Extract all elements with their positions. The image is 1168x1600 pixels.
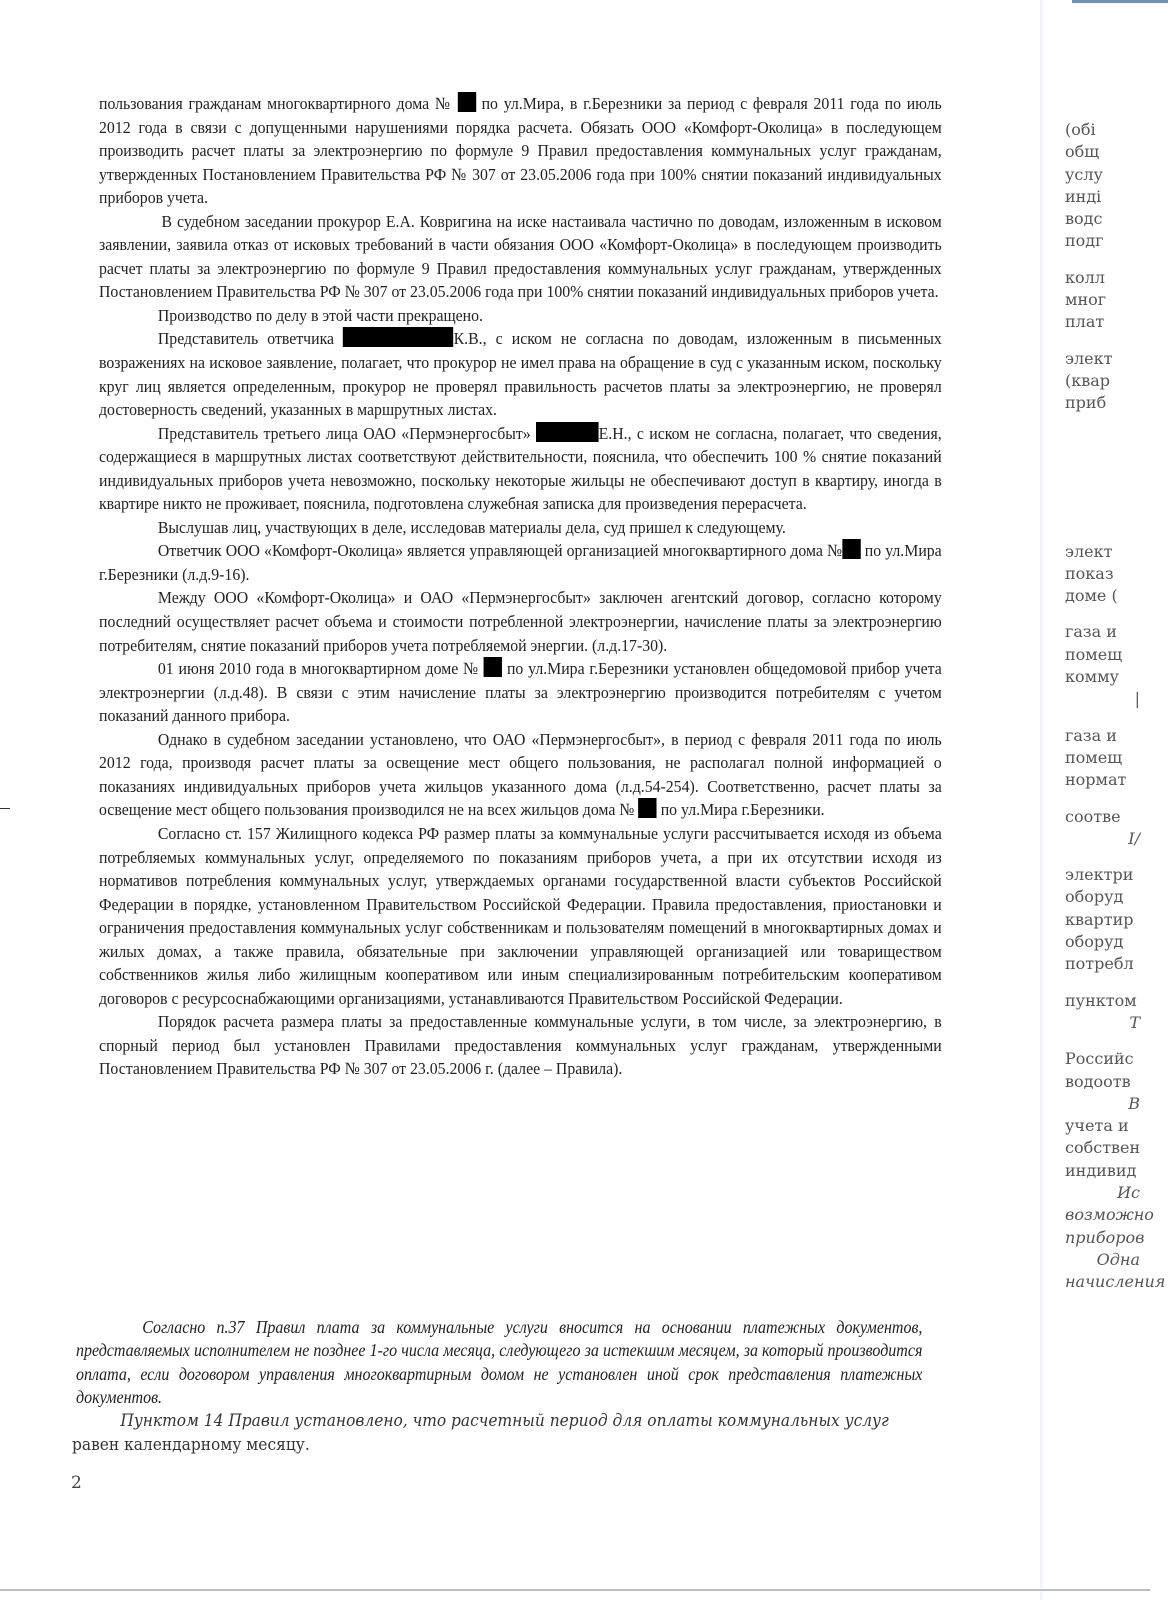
redaction-box xyxy=(638,798,656,818)
bleed-line: (квар xyxy=(1065,370,1168,392)
bleed-line: учета и xyxy=(1065,1115,1168,1137)
bleed-line xyxy=(1065,792,1168,806)
paragraph-7: Ответчик ООО «Комфорт-Околица» является … xyxy=(99,539,942,586)
bleed-line xyxy=(1065,443,1168,457)
scan-edge-bottom xyxy=(0,1589,1150,1591)
bleed-line: индивид xyxy=(1065,1160,1168,1182)
bleed-line: соотве xyxy=(1065,806,1168,828)
bleed-line xyxy=(1065,711,1168,725)
bleed-line: (обі xyxy=(1065,119,1168,141)
document-body: пользования гражданам многоквартирного д… xyxy=(99,92,942,1081)
redaction-box xyxy=(343,327,453,347)
bleed-line: показ xyxy=(1065,563,1168,585)
redaction-box xyxy=(842,539,860,559)
bleed-line: | xyxy=(1065,688,1168,710)
bleed-line: оборуд xyxy=(1065,931,1168,953)
bleed-line: электри xyxy=(1065,864,1168,886)
bleed-line: водоотв xyxy=(1065,1071,1168,1093)
bleed-line: подг xyxy=(1065,230,1168,252)
bleed-line: элект xyxy=(1065,348,1168,370)
bleed-line: оборуд xyxy=(1065,886,1168,908)
bleed-line: квартир xyxy=(1065,909,1168,931)
bleed-line: колл xyxy=(1065,267,1168,289)
bleed-line xyxy=(1065,253,1168,267)
bleed-line xyxy=(1065,499,1168,513)
paragraph-9: 01 июня 2010 года в многоквартирном доме… xyxy=(99,657,942,728)
bleed-line: плат xyxy=(1065,311,1168,333)
next-page-bleed-text: (обіобщуслуиндіводсподгколлмногплатэлект… xyxy=(1065,119,1168,1293)
bleed-line: помещ xyxy=(1065,644,1168,666)
bleed-line: общ xyxy=(1065,141,1168,163)
bleed-line xyxy=(1065,607,1168,621)
bleed-line xyxy=(1065,415,1168,429)
bleed-line xyxy=(1065,471,1168,485)
bleed-line: доме ( xyxy=(1065,585,1168,607)
paragraph-5: Представитель третьего лица ОАО «Пермэне… xyxy=(99,422,942,516)
last-paragraph: Пунктом 14 Правил установлено, что расче… xyxy=(72,1409,918,1457)
bleed-line: водс xyxy=(1065,208,1168,230)
redaction-box xyxy=(484,657,502,677)
bleed-line xyxy=(1065,850,1168,864)
next-page-edge xyxy=(1040,0,1044,1600)
bleed-line: I/ xyxy=(1065,828,1168,850)
paragraph-12: Порядок расчета размера платы за предост… xyxy=(99,1010,942,1081)
page-number: 2 xyxy=(71,1473,82,1493)
margin-mark xyxy=(0,808,10,809)
paragraph-3: Производство по делу в этой части прекра… xyxy=(99,304,942,328)
bleed-line: потребл xyxy=(1065,953,1168,975)
redaction-box xyxy=(536,422,599,442)
paragraph-6: Выслушав лиц, участвующих в деле, исслед… xyxy=(99,516,942,540)
bleed-line: собствен xyxy=(1065,1137,1168,1159)
paragraph-10: Однако в судебном заседании установлено,… xyxy=(99,728,942,822)
bleed-line xyxy=(1065,485,1168,499)
bleed-line: газа и xyxy=(1065,621,1168,643)
bleed-line: нормат xyxy=(1065,769,1168,791)
bleed-line xyxy=(1065,334,1168,348)
bleed-line: инді xyxy=(1065,186,1168,208)
paragraph-1: пользования гражданам многоквартирного д… xyxy=(99,92,942,210)
bleed-line: помещ xyxy=(1065,747,1168,769)
bleed-line: приборов xyxy=(1065,1227,1168,1249)
bleed-line: пунктом xyxy=(1065,990,1168,1012)
bleed-line xyxy=(1065,527,1168,541)
bleed-line xyxy=(1065,976,1168,990)
bleed-line: комму xyxy=(1065,666,1168,688)
bleed-line: услу xyxy=(1065,164,1168,186)
bleed-line: элект xyxy=(1065,541,1168,563)
paragraph-8: Между ООО «Комфорт-Околица» и ОАО «Пермэ… xyxy=(99,586,942,657)
bleed-line xyxy=(1065,457,1168,471)
bleed-line: Российс xyxy=(1065,1048,1168,1070)
bleed-line xyxy=(1065,513,1168,527)
bleed-line: газа и xyxy=(1065,725,1168,747)
bleed-line xyxy=(1065,429,1168,443)
redaction-box xyxy=(457,92,475,112)
paragraph-11: Согласно ст. 157 Жилищного кодекса РФ ра… xyxy=(99,822,942,1010)
paragraph-4: Представитель ответчика К.В., с иском не… xyxy=(99,327,942,421)
paragraph-2: В судебном заседании прокурор Е.А. Коври… xyxy=(99,210,942,304)
scan-edge-top xyxy=(1072,0,1168,3)
bleed-line: возможно xyxy=(1065,1204,1168,1226)
bleed-line: T xyxy=(1065,1012,1168,1034)
bleed-line: Ис xyxy=(1065,1182,1168,1204)
bleed-line: мног xyxy=(1065,289,1168,311)
bleed-line: Одна xyxy=(1065,1249,1168,1271)
bleed-line: В xyxy=(1065,1093,1168,1115)
bleed-line xyxy=(1065,1034,1168,1048)
bleed-line: приб xyxy=(1065,392,1168,414)
bleed-line: начисления xyxy=(1065,1271,1168,1293)
italic-paragraph: Согласно п.37 Правил плата за коммунальн… xyxy=(76,1316,922,1410)
